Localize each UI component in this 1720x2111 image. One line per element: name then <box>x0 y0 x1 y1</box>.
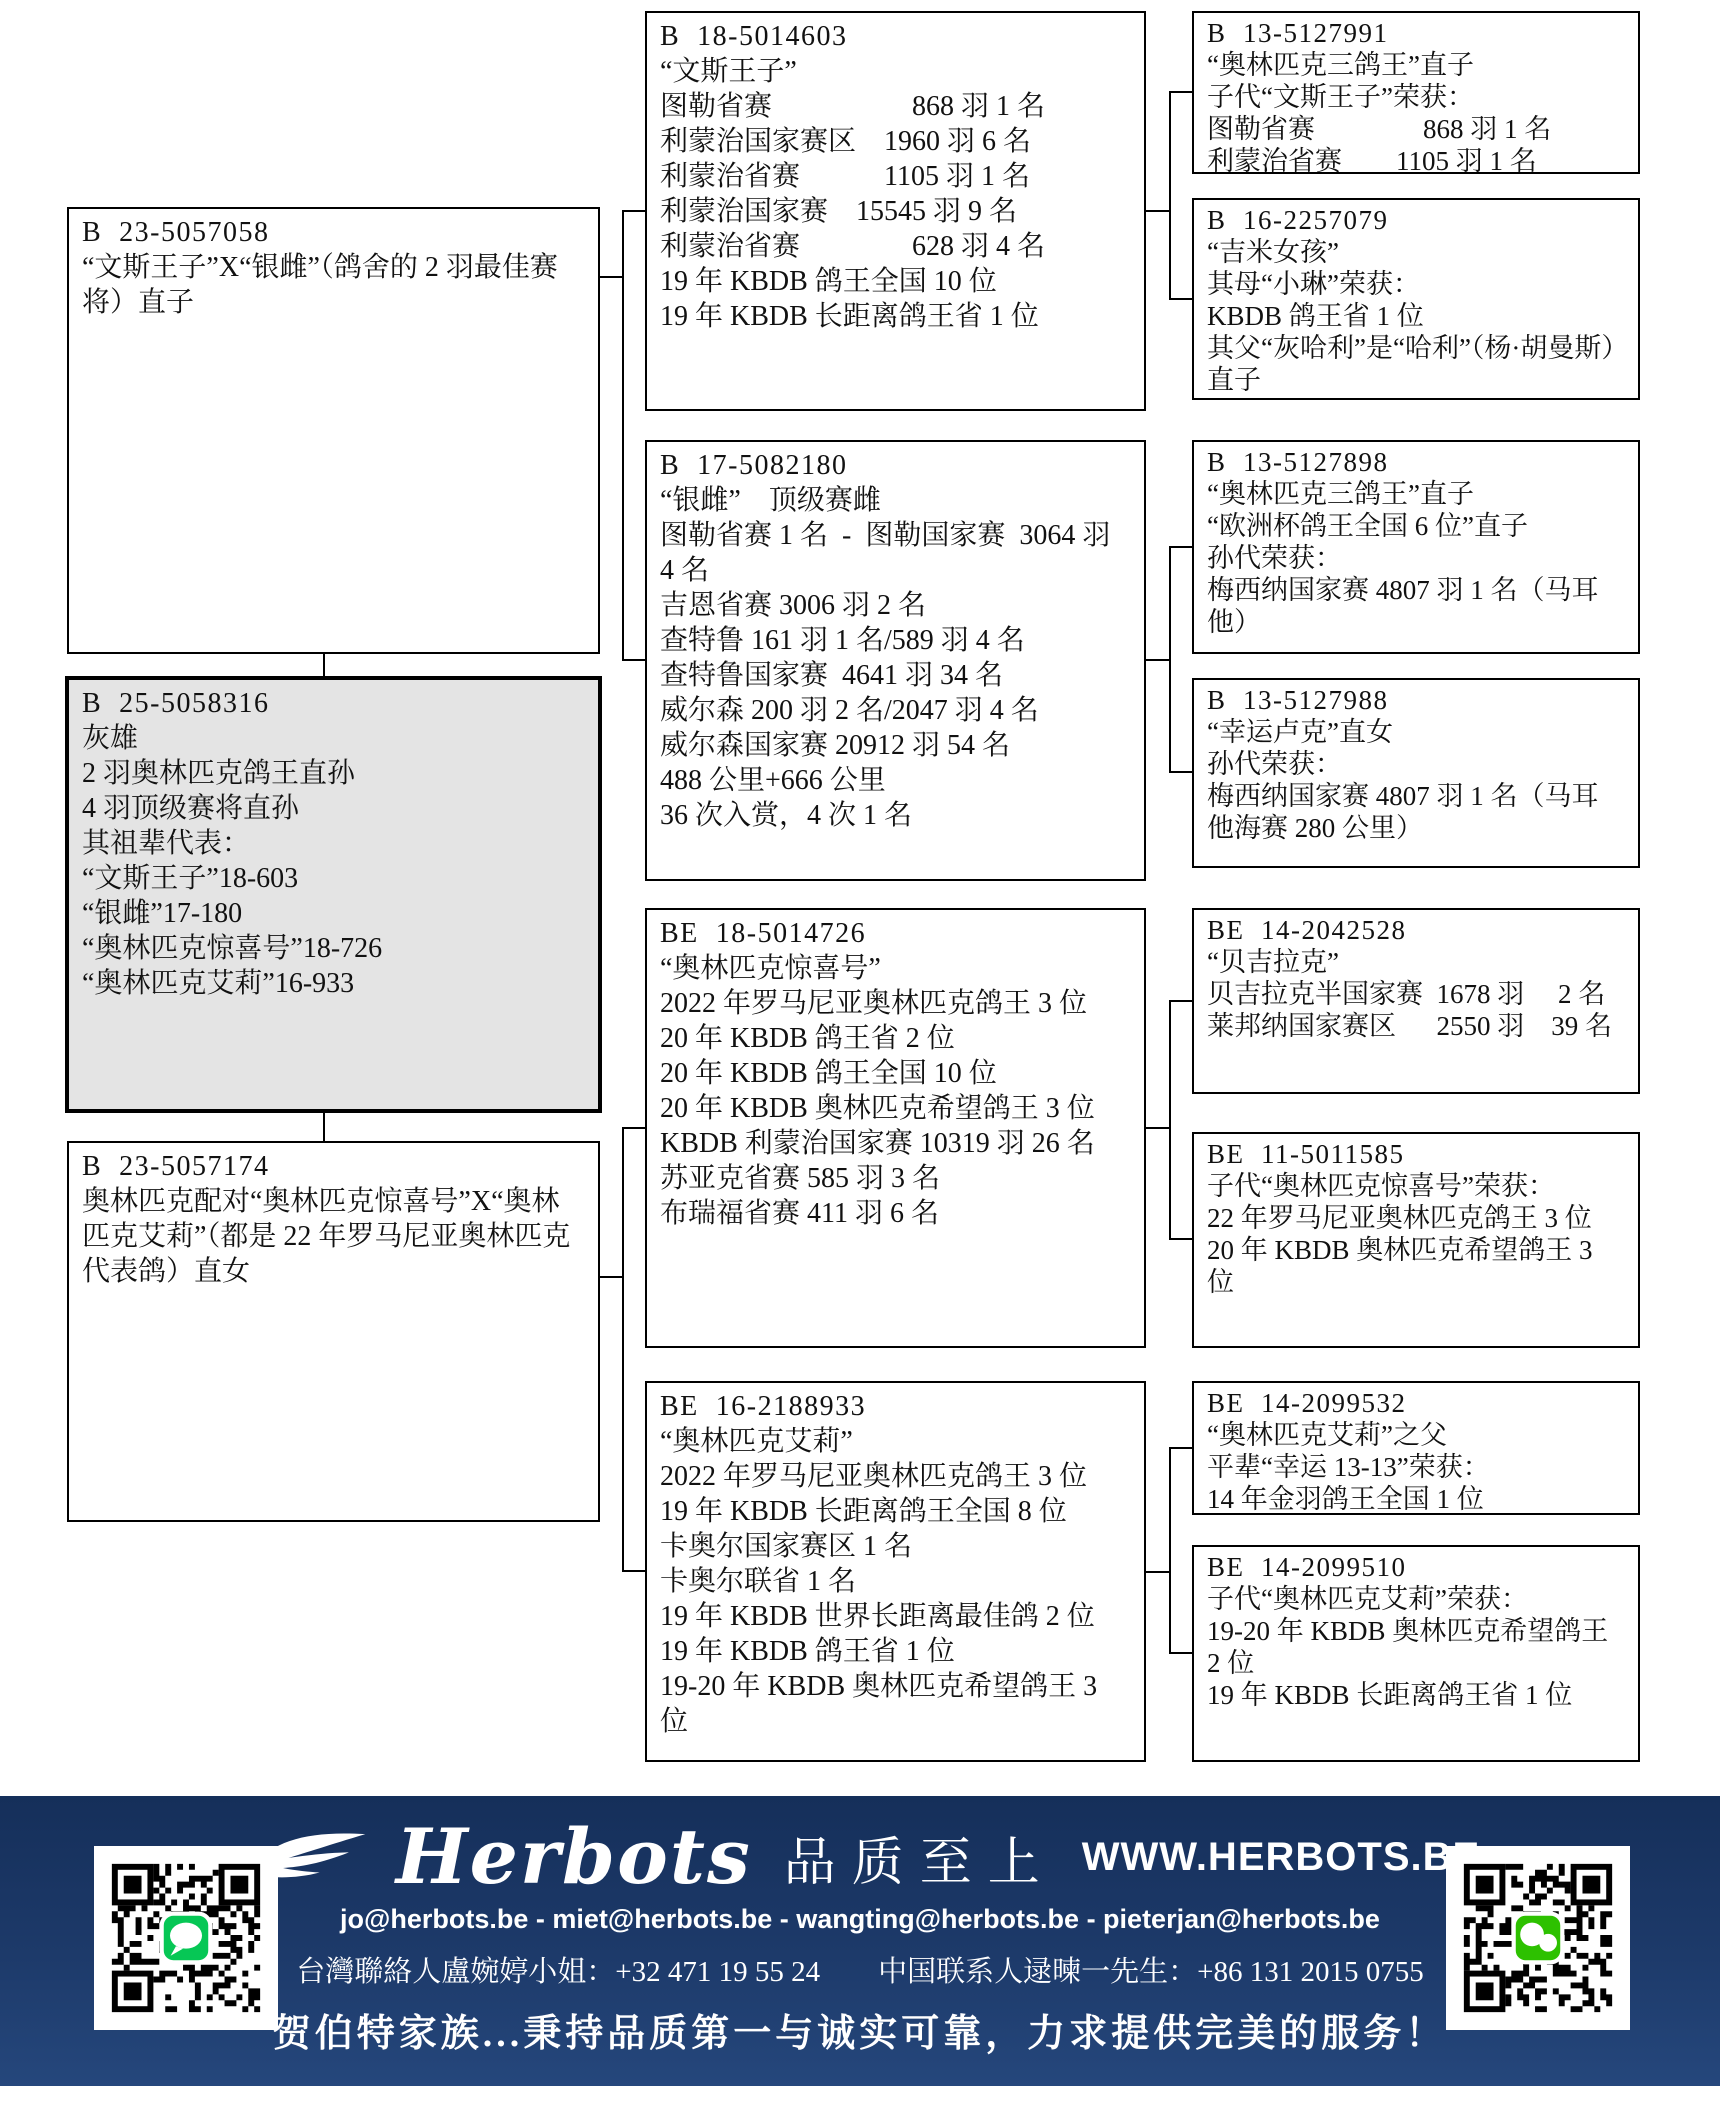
pedigree-text-line: 梅西纳国家赛 4807 羽 1 名（马耳他海赛 280 公里） <box>1207 780 1625 844</box>
pedigree-text-line: 其父“灰哈利”是“哈利”（杨·胡曼斯）直子 <box>1207 332 1625 396</box>
pedigree-text-line: “文斯王子”18-603 <box>82 861 585 896</box>
pedigree-text-line: 莱邦纳国家赛区 2550 羽 39 名 <box>1207 1010 1625 1042</box>
website-url: WWW.HERBOTS.BE <box>1082 1835 1480 1880</box>
ring-number: B 13-5127898 <box>1207 446 1625 478</box>
pedigree-text-line: 子代“文斯王子”荣获： <box>1207 81 1625 113</box>
pedigree-text-line: 488 公里+666 公里 <box>660 763 1131 798</box>
pedigree-text-line: 2022 年罗马尼亚奥林匹克鸽王 3 位 <box>660 986 1131 1021</box>
pedigree-text-line: 威尔森国家赛 20912 羽 54 名 <box>660 728 1131 763</box>
pedigree-text-line: 20 年 KBDB 鸽王省 2 位 <box>660 1021 1131 1056</box>
pedigree-text-line: 吉恩省赛 3006 羽 2 名 <box>660 588 1131 623</box>
great-grandparent-box-6: BE 11-5011585子代“奥林匹克惊喜号”荣获：22 年罗马尼亚奥林匹克鸽… <box>1192 1132 1640 1348</box>
pedigree-text-line: 14 年金羽鸽王全国 1 位 <box>1207 1483 1625 1515</box>
pedigree-page: B 23-5057058“文斯王子”X“银雌”（鸽舍的 2 羽最佳赛将）直子 B… <box>0 0 1720 2111</box>
pedigree-text-line: 19 年 KBDB 长距离鸽王省 1 位 <box>1207 1679 1625 1711</box>
pedigree-text-line: 孙代荣获： <box>1207 748 1625 780</box>
pedigree-text-line: 利蒙治省赛 1105 羽 1 名 <box>660 159 1131 194</box>
pedigree-text-line: 36 次入赏，4 次 1 名 <box>660 798 1131 833</box>
pedigree-text-line: “文斯王子” <box>660 54 1131 89</box>
contact-china: 中国联系人逯暕一先生：+86 131 2015 0755 <box>878 1949 1424 1990</box>
maternal-granddam-box: BE 16-2188933“奥林匹克艾莉”2022 年罗马尼亚奥林匹克鸽王 3 … <box>645 1381 1146 1762</box>
pedigree-text-line: 利蒙治省赛 1105 羽 1 名 <box>1207 145 1625 177</box>
pedigree-text-line: “奥林匹克惊喜号” <box>660 951 1131 986</box>
ring-number: BE 18-5014726 <box>660 916 1131 951</box>
pedigree-text-line: “奥林匹克惊喜号”18-726 <box>82 931 585 966</box>
ring-number: B 13-5127991 <box>1207 17 1625 49</box>
pedigree-text-line: 图勒省赛 868 羽 1 名 <box>660 89 1131 124</box>
pedigree-text-line: “幸运卢克”直女 <box>1207 716 1625 748</box>
ring-number: B 25-5058316 <box>82 686 585 721</box>
brand-logo-text: Herbots <box>396 1819 752 1895</box>
dam-box: B 23-5057174奥林匹克配对“奥林匹克惊喜号”X“奥林匹克艾莉”（都是 … <box>67 1141 600 1522</box>
ring-number: B 18-5014603 <box>660 19 1131 54</box>
pedigree-text-line: 威尔森 200 羽 2 名/2047 羽 4 名 <box>660 693 1131 728</box>
pedigree-text-line: “奥林匹克艾莉”16-933 <box>82 966 585 1001</box>
pedigree-text-line: 利蒙治国家赛 15545 羽 9 名 <box>660 194 1131 229</box>
pedigree-text-line: 图勒省赛 1 名 - 图勒国家赛 3064 羽 4 名 <box>660 518 1131 588</box>
pedigree-text-line: 2022 年罗马尼亚奥林匹克鸽王 3 位 <box>660 1459 1131 1494</box>
pedigree-text-line: 20 年 KBDB 奥林匹克希望鸽王 3 位 <box>660 1091 1131 1126</box>
pedigree-text-line: 图勒省赛 868 羽 1 名 <box>1207 113 1625 145</box>
pedigree-text-line: “奥林匹克艾莉”之父 <box>1207 1419 1625 1451</box>
pedigree-text-line: 2 羽奥林匹克鸽王直孙 <box>82 756 585 791</box>
pedigree-text-line: 查特鲁国家赛 4641 羽 34 名 <box>660 658 1131 693</box>
pedigree-text-line: KBDB 利蒙治国家赛 10319 羽 26 名 <box>660 1126 1131 1161</box>
contact-taiwan: 台灣聯絡人盧婉婷小姐：+32 471 19 55 24 <box>296 1949 820 1990</box>
pedigree-text-line: “吉米女孩” <box>1207 236 1625 268</box>
pedigree-text-line: 其祖辈代表： <box>82 826 585 861</box>
paternal-granddam-box: B 17-5082180“银雌” 顶级赛雌图勒省赛 1 名 - 图勒国家赛 30… <box>645 440 1146 881</box>
pedigree-text-line: 19-20 年 KBDB 奥林匹克希望鸽王 3 位 <box>660 1669 1131 1739</box>
great-grandparent-box-8: BE 14-2099510子代“奥林匹克艾莉”荣获：19-20 年 KBDB 奥… <box>1192 1545 1640 1762</box>
wechat-app-icon <box>1514 1914 1563 1963</box>
pedigree-text-line: 子代“奥林匹克惊喜号”荣获： <box>1207 1170 1625 1202</box>
pedigree-text-line: “银雌” 顶级赛雌 <box>660 483 1131 518</box>
great-grandparent-box-3: B 13-5127898“奥林匹克三鸽王”直子“欧洲杯鸽王全国 6 位”直子孙代… <box>1192 440 1640 654</box>
pedigree-text-line: “奥林匹克三鸽王”直子 <box>1207 478 1625 510</box>
ring-number: B 13-5127988 <box>1207 684 1625 716</box>
ring-number: BE 14-2099532 <box>1207 1387 1625 1419</box>
brand-slogan-cn: 品质至上 <box>784 1820 1056 1895</box>
pedigree-text-line: 19 年 KBDB 长距离鸽王全国 8 位 <box>660 1494 1131 1529</box>
pedigree-text-line: 其母“小琳”荣获： <box>1207 268 1625 300</box>
pedigree-text-line: 卡奥尔国家赛区 1 名 <box>660 1529 1131 1564</box>
pedigree-text-line: “贝吉拉克” <box>1207 946 1625 978</box>
pedigree-text-line: 卡奥尔联省 1 名 <box>660 1564 1131 1599</box>
line-qr-code <box>94 1846 278 2030</box>
pedigree-text-line: “奥林匹克三鸽王”直子 <box>1207 49 1625 81</box>
pedigree-text-line: 梅西纳国家赛 4807 羽 1 名（马耳他） <box>1207 574 1625 638</box>
great-grandparent-box-5: BE 14-2042528“贝吉拉克”贝吉拉克半国家赛 1678 羽 2 名莱邦… <box>1192 908 1640 1094</box>
pedigree-text-line: 奥林匹克配对“奥林匹克惊喜号”X“奥林匹克艾莉”（都是 22 年罗马尼亚奥林匹克… <box>82 1184 585 1289</box>
great-grandparent-box-7: BE 14-2099532“奥林匹克艾莉”之父平辈“幸运 13-13”荣获：14… <box>1192 1381 1640 1515</box>
maternal-grandsire-box: BE 18-5014726“奥林匹克惊喜号”2022 年罗马尼亚奥林匹克鸽王 3… <box>645 908 1146 1348</box>
sire-box: B 23-5057058“文斯王子”X“银雌”（鸽舍的 2 羽最佳赛将）直子 <box>67 207 600 654</box>
pedigree-text-line: KBDB 鸽王省 1 位 <box>1207 300 1625 332</box>
ring-number: B 23-5057058 <box>82 215 585 250</box>
pedigree-text-line: 19 年 KBDB 鸽王全国 10 位 <box>660 264 1131 299</box>
pedigree-text-line: 20 年 KBDB 鸽王全国 10 位 <box>660 1056 1131 1091</box>
pedigree-text-line: 20 年 KBDB 奥林匹克希望鸽王 3 位 <box>1207 1234 1625 1298</box>
ring-number: B 16-2257079 <box>1207 204 1625 236</box>
pedigree-text-line: 利蒙治省赛 628 羽 4 名 <box>660 229 1131 264</box>
pedigree-text-line: 22 年罗马尼亚奥林匹克鸽王 3 位 <box>1207 1202 1625 1234</box>
pedigree-text-line: 子代“奥林匹克艾莉”荣获： <box>1207 1583 1625 1615</box>
pedigree-text-line: “文斯王子”X“银雌”（鸽舍的 2 羽最佳赛将）直子 <box>82 250 585 320</box>
ring-number: BE 14-2042528 <box>1207 914 1625 946</box>
pedigree-text-line: “银雌”17-180 <box>82 896 585 931</box>
paternal-grandsire-box: B 18-5014603“文斯王子”图勒省赛 868 羽 1 名利蒙治国家赛区 … <box>645 11 1146 411</box>
pedigree-text-line: 查特鲁 161 羽 1 名/589 羽 4 名 <box>660 623 1131 658</box>
ring-number: B 17-5082180 <box>660 448 1131 483</box>
pedigree-text-line: 布瑞福省赛 411 羽 6 名 <box>660 1196 1131 1231</box>
great-grandparent-box-1: B 13-5127991“奥林匹克三鸽王”直子子代“文斯王子”荣获：图勒省赛 8… <box>1192 11 1640 174</box>
pedigree-text-line: 孙代荣获： <box>1207 542 1625 574</box>
pedigree-text-line: 平辈“幸运 13-13”荣获： <box>1207 1451 1625 1483</box>
great-grandparent-box-4: B 13-5127988“幸运卢克”直女孙代荣获：梅西纳国家赛 4807 羽 1… <box>1192 678 1640 868</box>
pedigree-text-line: 苏亚克省赛 585 羽 3 名 <box>660 1161 1131 1196</box>
pedigree-text-line: 19 年 KBDB 长距离鸽王省 1 位 <box>660 299 1131 334</box>
pedigree-text-line: 19 年 KBDB 鸽王省 1 位 <box>660 1634 1131 1669</box>
pedigree-text-line: “奥林匹克艾莉” <box>660 1424 1131 1459</box>
pedigree-text-line: “欧洲杯鸽王全国 6 位”直子 <box>1207 510 1625 542</box>
wechat-qr-code <box>1446 1846 1630 2030</box>
ring-number: BE 16-2188933 <box>660 1389 1131 1424</box>
subject-box: B 25-5058316灰雄2 羽奥林匹克鸽王直孙4 羽顶级赛将直孙其祖辈代表：… <box>65 676 602 1113</box>
pedigree-text-line: 灰雄 <box>82 721 585 756</box>
pedigree-text-line: 4 羽顶级赛将直孙 <box>82 791 585 826</box>
pedigree-text-line: 19-20 年 KBDB 奥林匹克希望鸽王 2 位 <box>1207 1615 1625 1679</box>
ring-number: BE 14-2099510 <box>1207 1551 1625 1583</box>
ring-number: BE 11-5011585 <box>1207 1138 1625 1170</box>
ring-number: B 23-5057174 <box>82 1149 585 1184</box>
pedigree-text-line: 贝吉拉克半国家赛 1678 羽 2 名 <box>1207 978 1625 1010</box>
great-grandparent-box-2: B 16-2257079“吉米女孩”其母“小琳”荣获：KBDB 鸽王省 1 位其… <box>1192 198 1640 400</box>
pedigree-text-line: 19 年 KBDB 世界长距离最佳鸽 2 位 <box>660 1599 1131 1634</box>
pedigree-text-line: 利蒙治国家赛区 1960 羽 6 名 <box>660 124 1131 159</box>
line-app-icon <box>162 1914 211 1963</box>
